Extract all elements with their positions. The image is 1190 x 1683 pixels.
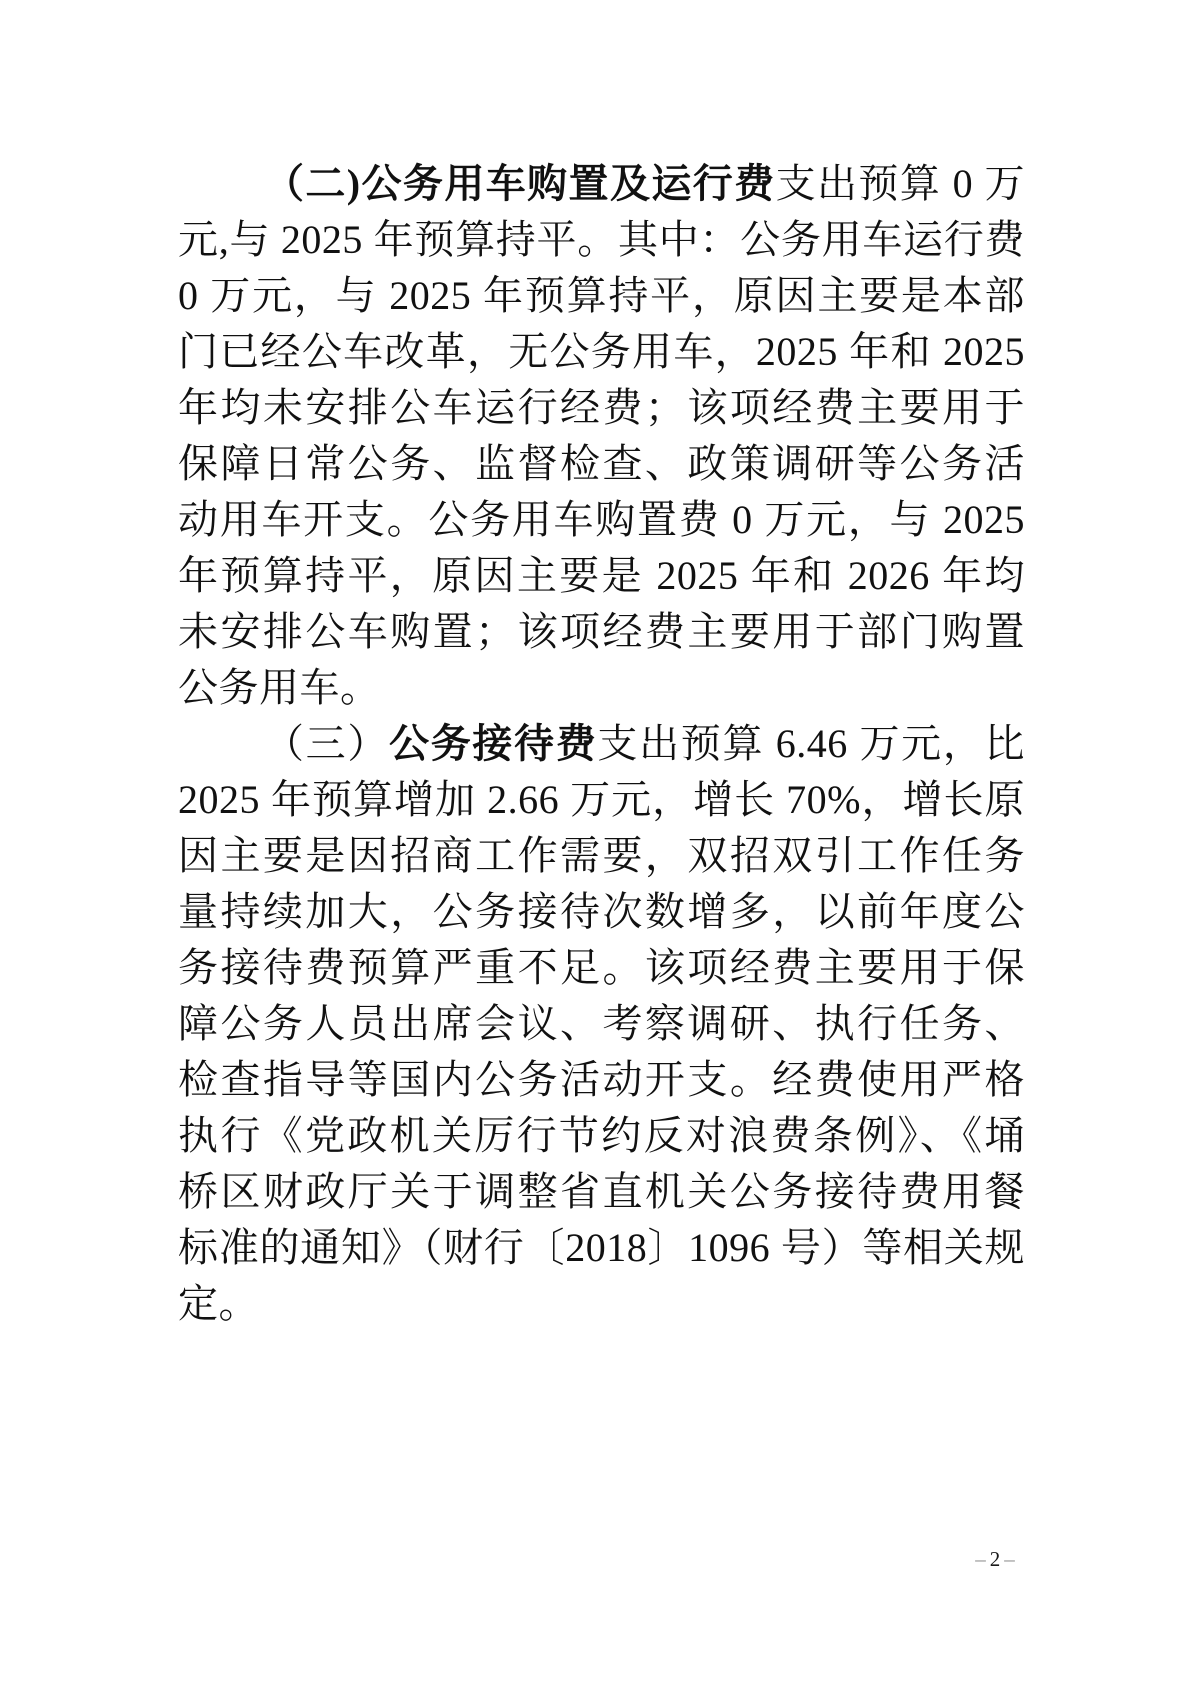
paragraph-text-reception: 支出预算 6.46 万元，比 2025 年预算增加 2.66 万元，增长 70%… [178, 721, 1025, 1326]
paragraph-heading-official-vehicle: （二)公务用车购置及运行费 [264, 161, 776, 206]
document-page: （二)公务用车购置及运行费支出预算 0 万元,与 2025 年预算持平。其中：公… [0, 0, 1190, 1683]
paragraph-number-reception: （三） [264, 721, 389, 766]
paragraph-heading-reception: 公务接待费 [389, 721, 597, 766]
page-footer: –2– [960, 1544, 1030, 1574]
page-number: 2 [990, 1547, 1001, 1571]
document-body: （二)公务用车购置及运行费支出预算 0 万元,与 2025 年预算持平。其中：公… [178, 156, 1025, 1332]
paragraph-official-reception-expense: （三）公务接待费支出预算 6.46 万元，比 2025 年预算增加 2.66 万… [178, 716, 1025, 1332]
paragraph-text-official-vehicle: 支出预算 0 万元,与 2025 年预算持平。其中：公务用车运行费 0 万元，与… [178, 161, 1025, 710]
footer-right-dash: – [1000, 1547, 1019, 1571]
paragraph-official-vehicle-expense: （二)公务用车购置及运行费支出预算 0 万元,与 2025 年预算持平。其中：公… [178, 156, 1025, 716]
footer-left-dash: – [971, 1547, 990, 1571]
